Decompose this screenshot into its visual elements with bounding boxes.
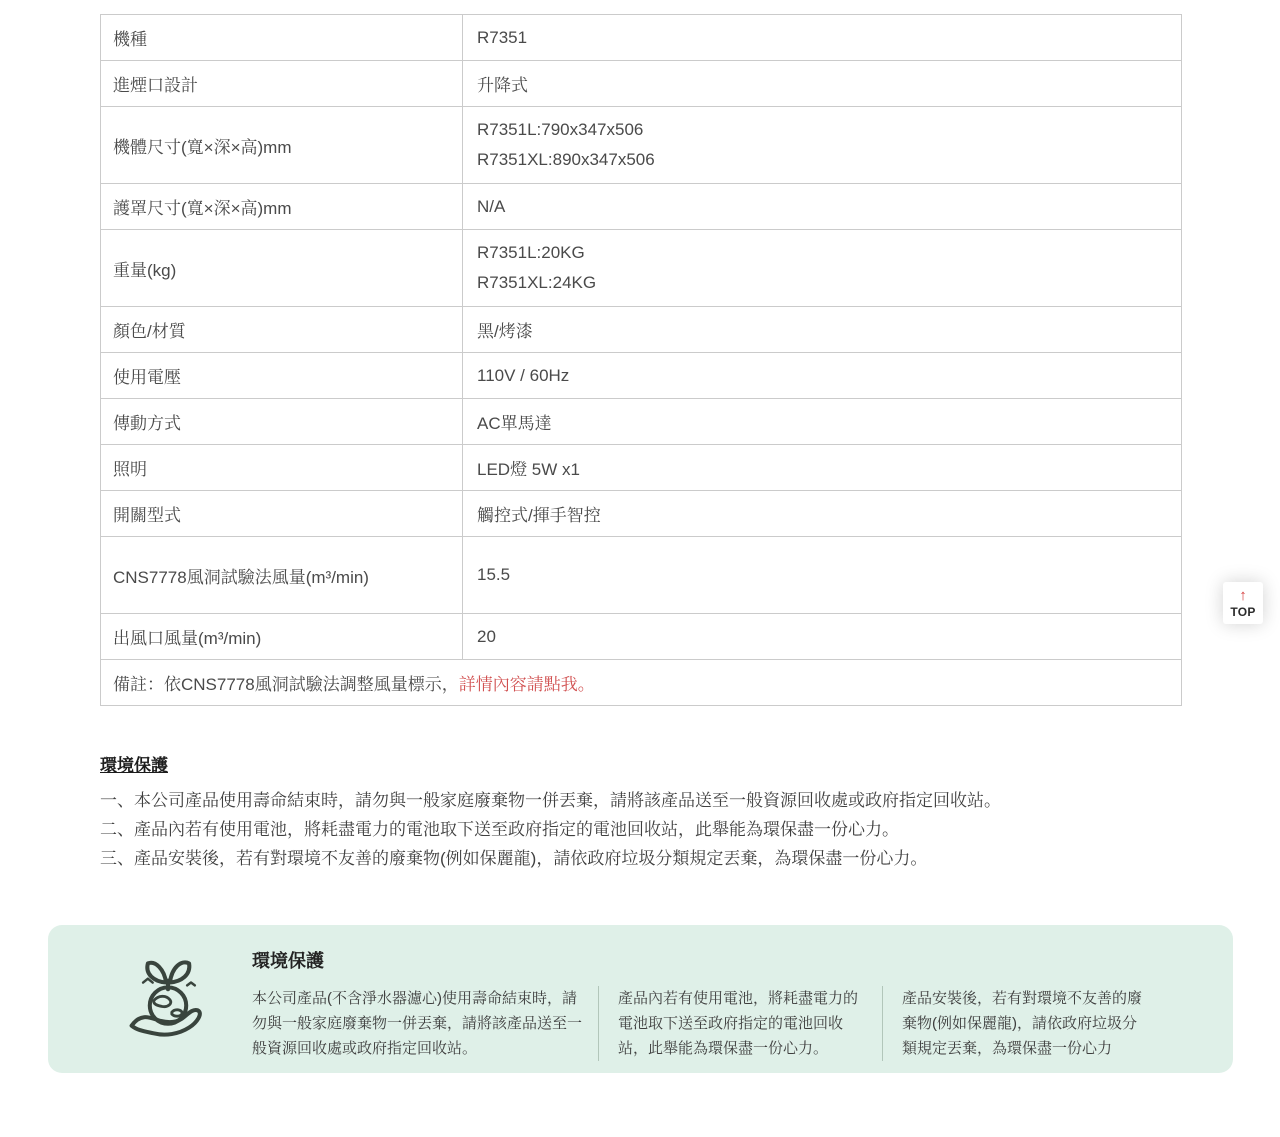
- spec-label: 出風口風量(m³/min): [101, 614, 463, 660]
- back-to-top-label: TOP: [1230, 605, 1255, 619]
- banner-heading: 環境保護: [252, 947, 1144, 973]
- spec-value: R7351L:790x347x506 R7351XL:890x347x506: [463, 107, 1182, 184]
- table-row: 使用電壓 110V / 60Hz: [101, 353, 1182, 399]
- table-row: 照明 LED燈 5W x1: [101, 445, 1182, 491]
- spec-value: R7351L:20KG R7351XL:24KG: [463, 230, 1182, 307]
- spec-label: 開關型式: [101, 491, 463, 537]
- table-row: 重量(kg) R7351L:20KG R7351XL:24KG: [101, 230, 1182, 307]
- spec-label: 照明: [101, 445, 463, 491]
- spec-value: 黑/烤漆: [463, 307, 1182, 353]
- environment-banner: 環境保護 本公司產品(不含淨水器濾心)使用壽命結束時，請勿與一般家庭廢棄物一併丟…: [48, 925, 1233, 1073]
- table-row: 進煙口設計 升降式: [101, 61, 1182, 107]
- spec-label: 進煙口設計: [101, 61, 463, 107]
- spec-value-line: R7351XL:24KG: [477, 268, 1181, 298]
- spec-label: CNS7778風洞試驗法風量(m³/min): [101, 537, 463, 614]
- arrow-up-icon: ↑: [1239, 588, 1247, 603]
- environment-section: 環境保護 一、本公司產品使用壽命結束時，請勿與一般家庭廢棄物一併丟棄，請將該產品…: [100, 751, 1170, 873]
- spec-value: 升降式: [463, 61, 1182, 107]
- table-row: 機種 R7351: [101, 15, 1182, 61]
- spec-label: 機體尺寸(寬×深×高)mm: [101, 107, 463, 184]
- spec-label: 護罩尺寸(寬×深×高)mm: [101, 184, 463, 230]
- spec-label: 重量(kg): [101, 230, 463, 307]
- spec-label: 顏色/材質: [101, 307, 463, 353]
- spec-value: 20: [463, 614, 1182, 660]
- spec-value-line: R7351L:20KG: [477, 238, 1181, 268]
- table-row: CNS7778風洞試驗法風量(m³/min) 15.5: [101, 537, 1182, 614]
- spec-value: N/A: [463, 184, 1182, 230]
- spec-value: 15.5: [463, 537, 1182, 614]
- banner-content: 環境保護 本公司產品(不含淨水器濾心)使用壽命結束時，請勿與一般家庭廢棄物一併丟…: [252, 947, 1144, 1061]
- environment-item: 一、本公司產品使用壽命結束時，請勿與一般家庭廢棄物一併丟棄，請將該產品送至一般資…: [100, 786, 1170, 815]
- table-row: 機體尺寸(寬×深×高)mm R7351L:790x347x506 R7351XL…: [101, 107, 1182, 184]
- table-row: 出風口風量(m³/min) 20: [101, 614, 1182, 660]
- banner-column-1: 本公司產品(不含淨水器濾心)使用壽命結束時，請勿與一般家庭廢棄物一併丟棄，請將該…: [252, 986, 584, 1061]
- hand-holding-earth-icon: [122, 949, 214, 1041]
- spec-value: R7351: [463, 15, 1182, 61]
- spec-label: 傳動方式: [101, 399, 463, 445]
- spec-value: LED燈 5W x1: [463, 445, 1182, 491]
- table-note-row: 備註：依CNS7778風洞試驗法調整風量標示，詳情內容請點我。: [101, 660, 1182, 706]
- spec-value-line: R7351L:790x347x506: [477, 115, 1181, 145]
- table-row: 開關型式 觸控式/揮手智控: [101, 491, 1182, 537]
- spec-label: 機種: [101, 15, 463, 61]
- table-row: 顏色/材質 黑/烤漆: [101, 307, 1182, 353]
- product-spec-table: 機種 R7351 進煙口設計 升降式 機體尺寸(寬×深×高)mm R7351L:…: [100, 14, 1182, 706]
- spec-value: AC單馬達: [463, 399, 1182, 445]
- banner-column-3: 產品安裝後，若有對環境不友善的廢棄物(例如保麗龍)，請依政府垃圾分類規定丟棄，為…: [882, 986, 1144, 1061]
- environment-item: 二、產品內若有使用電池，將耗盡電力的電池取下送至政府指定的電池回收站，此舉能為環…: [100, 815, 1170, 844]
- note-text: 備註：依CNS7778風洞試驗法調整風量標示，: [113, 675, 459, 694]
- environment-item: 三、產品安裝後，若有對環境不友善的廢棄物(例如保麗龍)，請依政府垃圾分類規定丟棄…: [100, 844, 1170, 873]
- banner-columns: 本公司產品(不含淨水器濾心)使用壽命結束時，請勿與一般家庭廢棄物一併丟棄，請將該…: [252, 986, 1144, 1061]
- banner-column-2: 產品內若有使用電池，將耗盡電力的電池取下送至政府指定的電池回收站，此舉能為環保盡…: [598, 986, 868, 1061]
- spec-label: 使用電壓: [101, 353, 463, 399]
- back-to-top-button[interactable]: ↑ TOP: [1223, 582, 1263, 624]
- spec-value-line: R7351XL:890x347x506: [477, 145, 1181, 175]
- spec-value: 觸控式/揮手智控: [463, 491, 1182, 537]
- table-row: 傳動方式 AC單馬達: [101, 399, 1182, 445]
- note-cell: 備註：依CNS7778風洞試驗法調整風量標示，詳情內容請點我。: [101, 660, 1182, 706]
- environment-heading: 環境保護: [100, 751, 1170, 776]
- spec-value: 110V / 60Hz: [463, 353, 1182, 399]
- table-row: 護罩尺寸(寬×深×高)mm N/A: [101, 184, 1182, 230]
- note-detail-link[interactable]: 詳情內容請點我。: [459, 675, 595, 694]
